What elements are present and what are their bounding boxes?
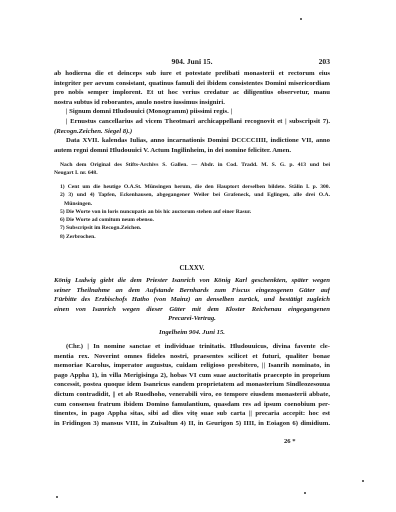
source-line: Neugart I. nr. 648.: [54, 169, 330, 177]
scan-speck: [56, 496, 58, 498]
charter-text: (Chr.) | In nomine sanctae et individuae…: [54, 342, 330, 428]
footnote-2-cont: Münsingen.: [54, 200, 330, 208]
footnote-8: 8) Zerbrochen.: [54, 233, 330, 241]
dating-line: autem regni domni Hludouuici V. Actum In…: [54, 146, 330, 156]
footnote-6: 6) Die Worte ad comitum neum ebenso.: [54, 216, 330, 224]
footnotes: 1) Cent um die heutige O.A.St. Münsingen…: [54, 183, 330, 241]
scan-speck: [304, 492, 306, 494]
running-header: 904. Juni 15. 203: [54, 57, 330, 67]
text-line: pro nobis semper implorent. Et ut hoc ve…: [54, 88, 330, 98]
regest-line: Precarei-Vertrag.: [54, 314, 330, 324]
source-note: Nach dem Original des Stifts-Archivs S. …: [54, 161, 330, 178]
scan-speck: [362, 480, 364, 482]
page-number: 203: [319, 57, 330, 66]
footnote-7: 7) Subscripsit im Recogn.Zeichen.: [54, 224, 330, 232]
footnote-1: 1) Cent um die heutige O.A.St. Münsingen…: [54, 183, 330, 191]
dating-line: Data XVII. kalendas Iulias, anno incarna…: [54, 136, 330, 146]
running-title: 904. Juni 15.: [54, 57, 330, 66]
source-line: Nach dem Original des Stifts-Archivs S. …: [54, 161, 330, 169]
seal-note: (Recogn.Zeichen. Siegel 8).): [54, 127, 330, 137]
text-line: in Fridingon 3) mansus VIII, in Zuisaltu…: [54, 419, 330, 429]
text-line: nostra subtus id roborantes, anulo nostr…: [54, 98, 330, 108]
scan-speck: [300, 18, 302, 20]
text-line: concessit, postea quoque idem Isanricus …: [54, 380, 330, 390]
regest-line: Fürbitte des Erzbischofs Hatho (von Main…: [54, 295, 330, 305]
document-page: 904. Juni 15. 203 ab hodierna die et dei…: [0, 0, 396, 512]
text-line: integriter per aevum consistant, quatinu…: [54, 79, 330, 89]
charter-regest: König Ludwig giebt die dem Priester Isan…: [54, 276, 330, 324]
text-line: dictum contradidit, || et ab Ruodhoho, v…: [54, 390, 330, 400]
charter-number: CLXXV.: [54, 264, 330, 274]
place-date: Ingelheim 904. Juni 15.: [54, 328, 330, 338]
text-line: cum consensu fratrum ibidem Domino famul…: [54, 400, 330, 410]
recognition-line: | Ernustus cancellarius ad vicem Theotma…: [54, 117, 330, 127]
text-line: ab hodierna die et deinceps sub iure et …: [54, 69, 330, 79]
regest-line: seiner Theilnahme an dem Aufstande Bernh…: [54, 286, 330, 296]
text-line: pago Appha 1), in villa Merigisinga 2), …: [54, 371, 330, 381]
text-line: memoriae Karolus, imperator augustus, cu…: [54, 361, 330, 371]
text-line: tinentes, in pago Appha sitas, sibi ad d…: [54, 409, 330, 419]
text-line: mentia rex. Noverint omnes fideles nostr…: [54, 352, 330, 362]
text-line: (Chr.) | In nomine sanctae et individuae…: [54, 342, 330, 352]
regest-line: einen von Isanrich wegen dieser Güter mi…: [54, 305, 330, 315]
regest-line: König Ludwig giebt die dem Priester Isan…: [54, 276, 330, 286]
signum-line: | Signum domni Hludouuici (Monogramm) pi…: [54, 107, 330, 117]
footnote-2: 2) 3) und 4) Tapfen, Eckenhausen, abgega…: [54, 191, 330, 199]
footnote-5: 5) Die Worte von in loris nuncupatis an …: [54, 208, 330, 216]
signature-mark: 26 *: [284, 438, 296, 445]
charter-continuation: ab hodierna die et deinceps sub iure et …: [54, 69, 330, 155]
